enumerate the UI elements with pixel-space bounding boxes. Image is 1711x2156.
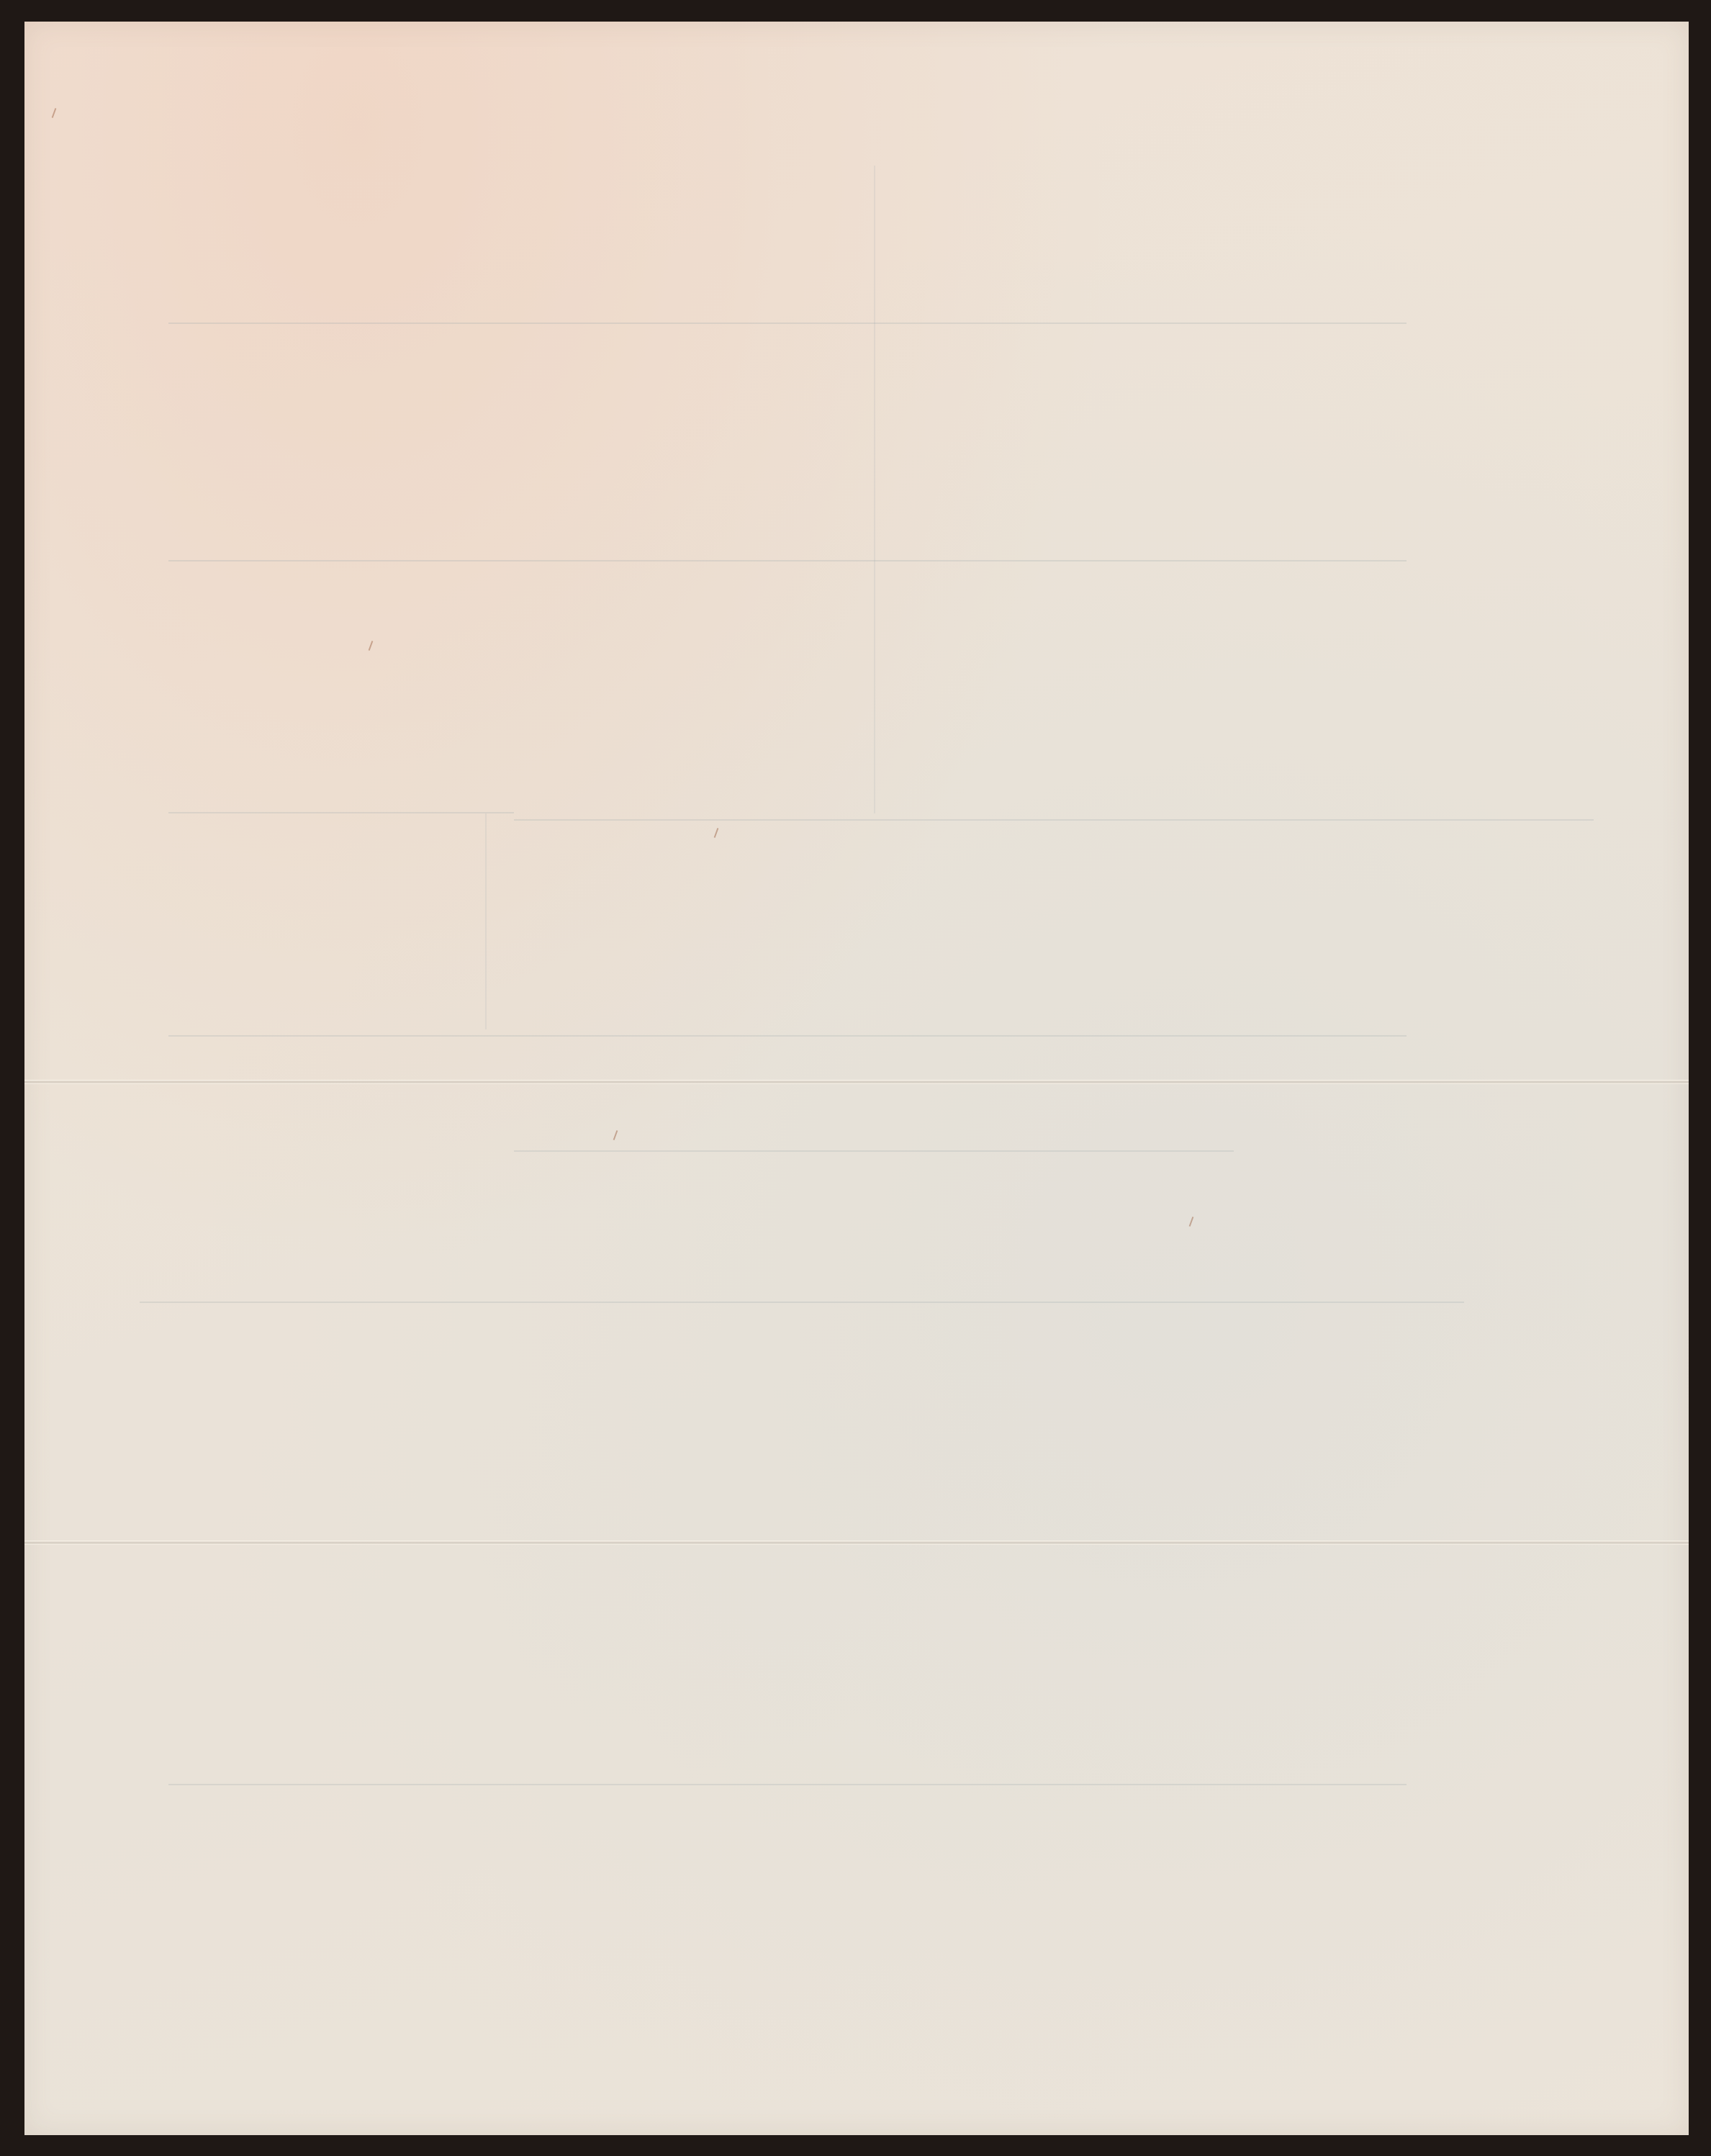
paper-sheet xyxy=(24,22,1689,2135)
bleed-through-rule xyxy=(168,812,514,813)
bleed-through-rule xyxy=(140,1302,1464,1303)
fold-crease xyxy=(24,1080,1689,1084)
bleed-through-rule xyxy=(168,1784,1407,1785)
bleed-through-rule xyxy=(514,1150,1234,1152)
paper-fiber xyxy=(714,828,719,838)
paper-fiber xyxy=(369,641,374,651)
paper-fiber xyxy=(1189,1217,1194,1227)
paper-fiber xyxy=(613,1130,618,1140)
bleed-through-rule xyxy=(485,813,487,1029)
fold-crease xyxy=(24,1541,1689,1545)
bleed-through-rule xyxy=(874,166,875,813)
bleed-through-rule xyxy=(514,819,1594,821)
bleed-through-rule xyxy=(168,1035,1407,1037)
bleed-through-rule xyxy=(168,323,1407,324)
paper-fiber xyxy=(52,108,57,118)
bleed-through-rule xyxy=(168,560,1407,561)
